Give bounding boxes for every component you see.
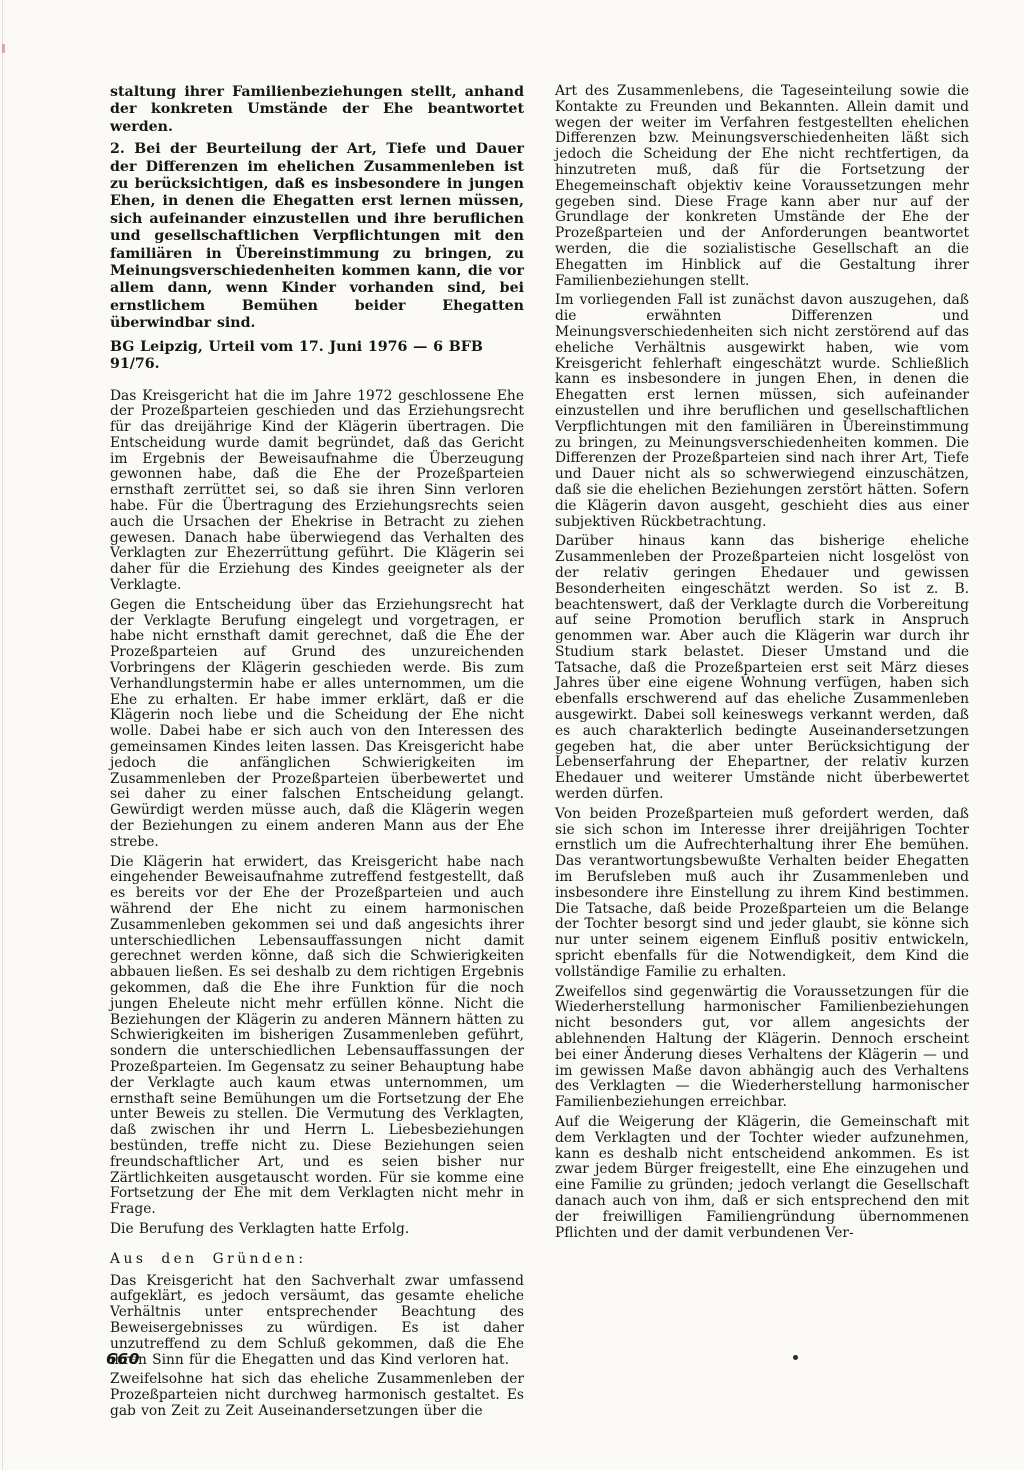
section-heading-aus-den-gruenden: Aus den Gründen: xyxy=(110,1252,524,1268)
case-citation: BG Leipzig, Urteil vom 17. Juni 1976 — 6… xyxy=(110,339,524,374)
scan-red-speck-artifact xyxy=(2,44,5,53)
left-column: staltung ihrer Familienbeziehungen stell… xyxy=(110,84,524,1424)
reasons-paragraph: Im vorliegenden Fall ist zunächst davon … xyxy=(555,293,969,530)
ink-dot-artifact xyxy=(793,1355,798,1360)
headnote-item-2: 2. Bei der Beurteilung der Art, Tiefe un… xyxy=(110,141,524,332)
appeal-result-line: Die Berufung des Verklagten hatte Erfolg… xyxy=(110,1222,524,1238)
reasons-paragraph: Das Kreisgericht hat den Sachverhalt zwa… xyxy=(110,1274,524,1369)
reasons-paragraph: Zweifelsohne hat sich das eheliche Zusam… xyxy=(110,1372,524,1419)
right-column: Art des Zusammenlebens, die Tageseinteil… xyxy=(555,84,969,1245)
reasons-paragraph: Art des Zusammenlebens, die Tageseinteil… xyxy=(555,84,969,289)
page-number: 660 xyxy=(106,1350,140,1368)
reasons-paragraph: Zweifellos sind gegenwärtig die Vorausse… xyxy=(555,985,969,1111)
reasons-paragraph: Darüber hinaus kann das bisherige ehelic… xyxy=(555,534,969,803)
reasons-paragraph: Von beiden Prozeßparteien muß gefordert … xyxy=(555,807,969,981)
journal-page: staltung ihrer Familienbeziehungen stell… xyxy=(0,0,1024,1470)
reasons-paragraph: Auf die Weigerung der Klägerin, die Geme… xyxy=(555,1115,969,1241)
facts-paragraph: Das Kreisgericht hat die im Jahre 1972 g… xyxy=(110,389,524,594)
headnote-continuation: staltung ihrer Familienbeziehungen stell… xyxy=(110,84,524,136)
facts-paragraph: Gegen die Entscheidung über das Erziehun… xyxy=(110,598,524,851)
facts-paragraph: Die Klägerin hat erwidert, das Kreisgeri… xyxy=(110,855,524,1218)
scan-edge-artifact xyxy=(2,0,3,1470)
